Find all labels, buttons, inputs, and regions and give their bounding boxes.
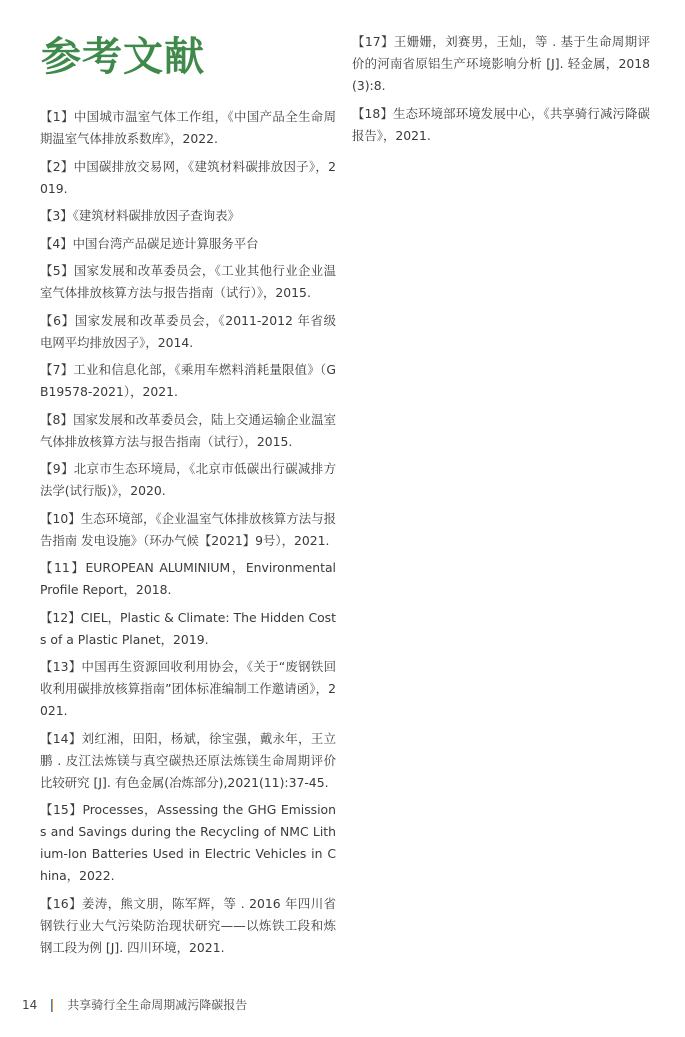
reference-item: 【6】国家发展和改革委员会，《2011-2012 年省级电网平均排放因子》，20… — [40, 310, 336, 354]
reference-item: 【2】中国碳排放交易网，《建筑材料碳排放因子》，2019. — [40, 156, 336, 200]
reference-item: 【11】EUROPEAN ALUMINIUM，Environmental Pro… — [40, 557, 336, 601]
reference-item: 【16】姜涛，熊文朋，陈军辉，等 . 2016 年四川省钢铁行业大气污染防治现状… — [40, 893, 336, 959]
reference-item: 【14】刘红湘，田阳，杨斌，徐宝强，戴永年，王立鹏 . 皮江法炼镁与真空碳热还原… — [40, 728, 336, 794]
references-right-column: 【17】王姗姗，刘赛男，王灿，等 . 基于生命周期评价的河南省原铝生产环境影响分… — [352, 31, 650, 152]
reference-item: 【12】CIEL，Plastic & Climate: The Hidden C… — [40, 607, 336, 651]
page-footer: 14 共享骑行全生命周期减污降碳报告 — [22, 996, 247, 1014]
footer-divider — [51, 999, 53, 1012]
reference-item: 【1】中国城市温室气体工作组，《中国产品全生命周期温室气体排放系数库》，2022… — [40, 106, 336, 150]
reference-item: 【13】中国再生资源回收利用协会，《关于“废钢铁回收利用碳排放核算指南”团体标准… — [40, 656, 336, 722]
reference-item: 【10】生态环境部，《企业温室气体排放核算方法与报告指南 发电设施》（环办气候【… — [40, 508, 336, 552]
report-title: 共享骑行全生命周期减污降碳报告 — [67, 996, 247, 1014]
reference-item: 【15】Processes，Assessing the GHG Emission… — [40, 799, 336, 887]
reference-item: 【5】国家发展和改革委员会，《工业其他行业企业温室气体排放核算方法与报告指南（试… — [40, 260, 336, 304]
reference-item: 【8】国家发展和改革委员会，陆上交通运输企业温室气体排放核算方法与报告指南（试行… — [40, 409, 336, 453]
reference-item: 【7】工业和信息化部，《乘用车燃料消耗量限值》（GB19578-2021），20… — [40, 359, 336, 403]
page-title: 参考文献 — [41, 33, 205, 81]
reference-item: 【4】中国台湾产品碳足迹计算服务平台 — [40, 233, 336, 255]
reference-item: 【17】王姗姗，刘赛男，王灿，等 . 基于生命周期评价的河南省原铝生产环境影响分… — [352, 31, 650, 97]
reference-item: 【3】《建筑材料碳排放因子查询表》 — [40, 205, 336, 227]
references-left-column: 【1】中国城市温室气体工作组，《中国产品全生命周期温室气体排放系数库》，2022… — [40, 106, 336, 964]
page-number: 14 — [22, 996, 37, 1014]
reference-item: 【18】生态环境部环境发展中心，《共享骑行减污降碳报告》，2021. — [352, 103, 650, 147]
reference-item: 【9】北京市生态环境局，《北京市低碳出行碳减排方法学(试行版)》，2020. — [40, 458, 336, 502]
